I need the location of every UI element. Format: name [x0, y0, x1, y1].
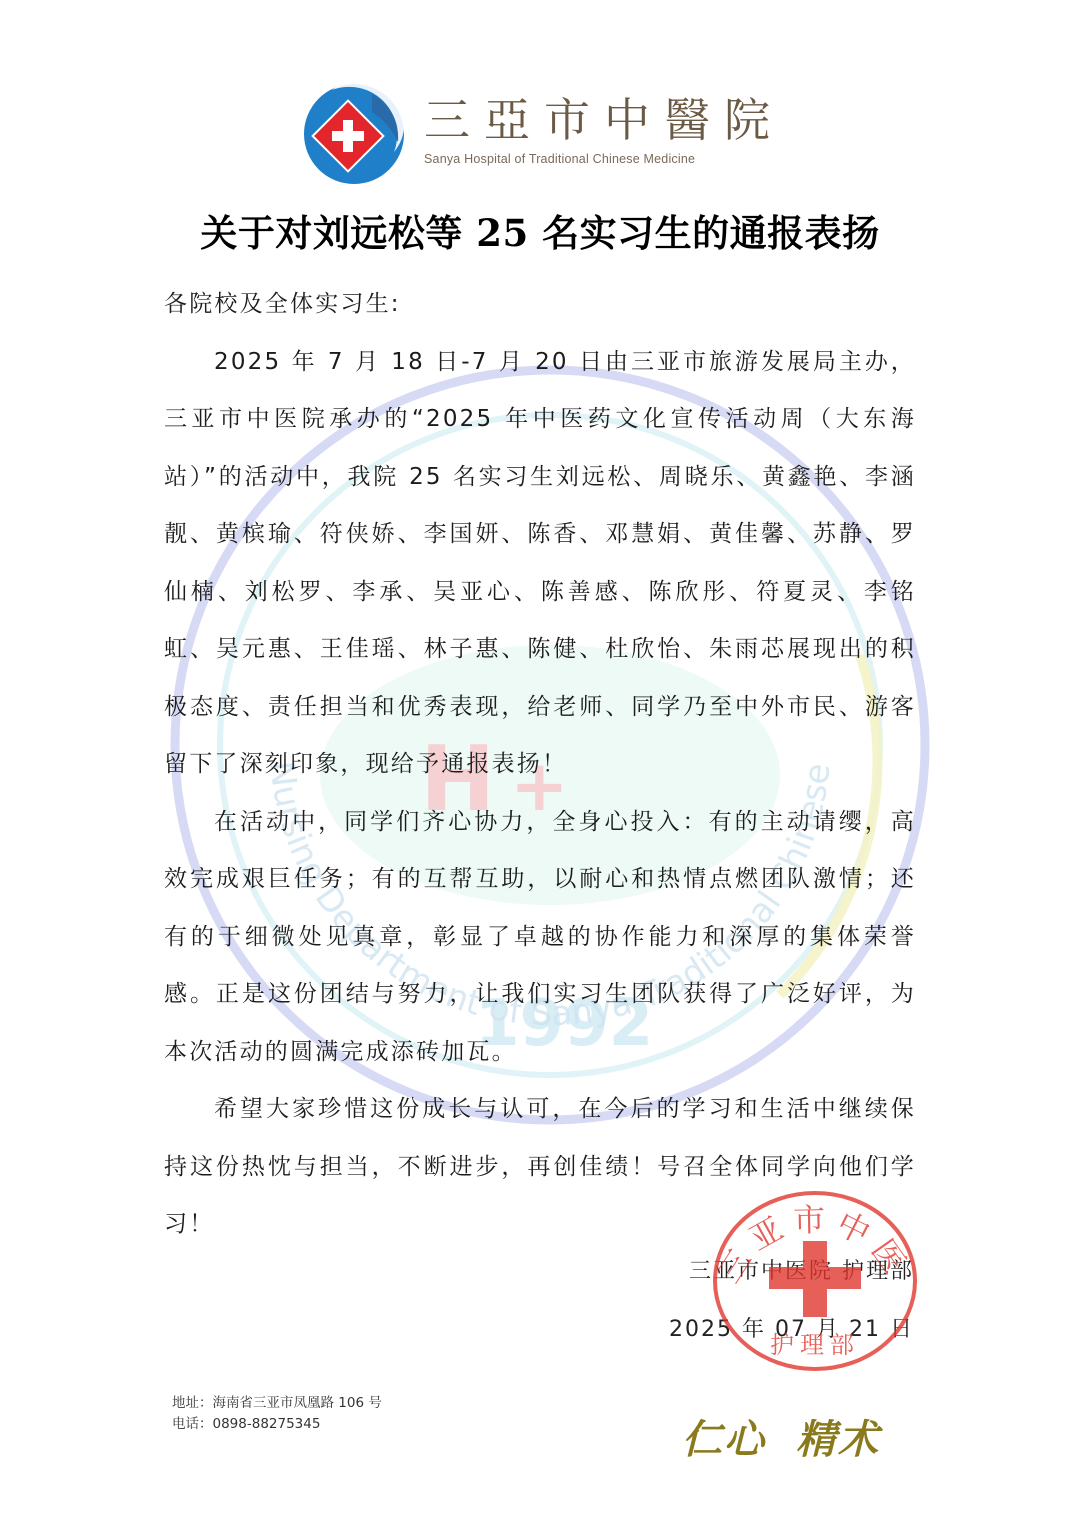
issuer: 三亚市中医院 护理部 — [669, 1243, 914, 1301]
signature-block: 三亚市中医院 护理部 2025 年 07 月 21 日 — [669, 1243, 914, 1359]
phone-label: 电话： — [172, 1416, 213, 1432]
paragraph-commendation: 2025 年 7 月 18 日-7 月 20 日由三亚市旅游发展局主办，三亚市中… — [164, 334, 916, 794]
motto-part-1: 仁心 — [682, 1416, 766, 1463]
motto-part-2: 精术 — [796, 1416, 880, 1463]
hospital-motto: 仁心精术 — [682, 1408, 880, 1465]
footer-contact: 地址：海南省三亚市凤凰路 106 号 电话：0898-88275345 — [172, 1393, 382, 1435]
document-body: 各院校及全体实习生: 2025 年 7 月 18 日-7 月 20 日由三亚市旅… — [164, 276, 916, 1254]
address-label: 地址： — [172, 1395, 213, 1411]
salutation: 各院校及全体实习生: — [164, 276, 916, 334]
address-line: 地址：海南省三亚市凤凰路 106 号 — [172, 1393, 382, 1414]
paragraph-activity: 在活动中，同学们齐心协力，全身心投入：有的主动请缨，高效完成艰巨任务；有的互帮互… — [164, 794, 916, 1082]
hospital-logo: 三亞市中醫院 Sanya Hospital of Traditional Chi… — [302, 82, 772, 187]
paragraph-closing: 希望大家珍惜这份成长与认可，在今后的学习和生活中继续保持这份热忱与担当，不断进步… — [164, 1081, 916, 1254]
phone-value: 0898-88275345 — [213, 1416, 321, 1432]
address-value: 海南省三亚市凤凰路 106 号 — [213, 1395, 382, 1411]
logo-english-name: Sanya Hospital of Traditional Chinese Me… — [424, 152, 695, 166]
phone-line: 电话：0898-88275345 — [172, 1414, 382, 1435]
issue-date: 2025 年 07 月 21 日 — [669, 1301, 914, 1359]
hospital-emblem-icon — [302, 82, 406, 186]
logo-chinese-name: 三亞市中醫院 — [424, 90, 784, 150]
document-title: 关于对刘远松等 25 名实习生的通报表扬 — [0, 205, 1080, 261]
